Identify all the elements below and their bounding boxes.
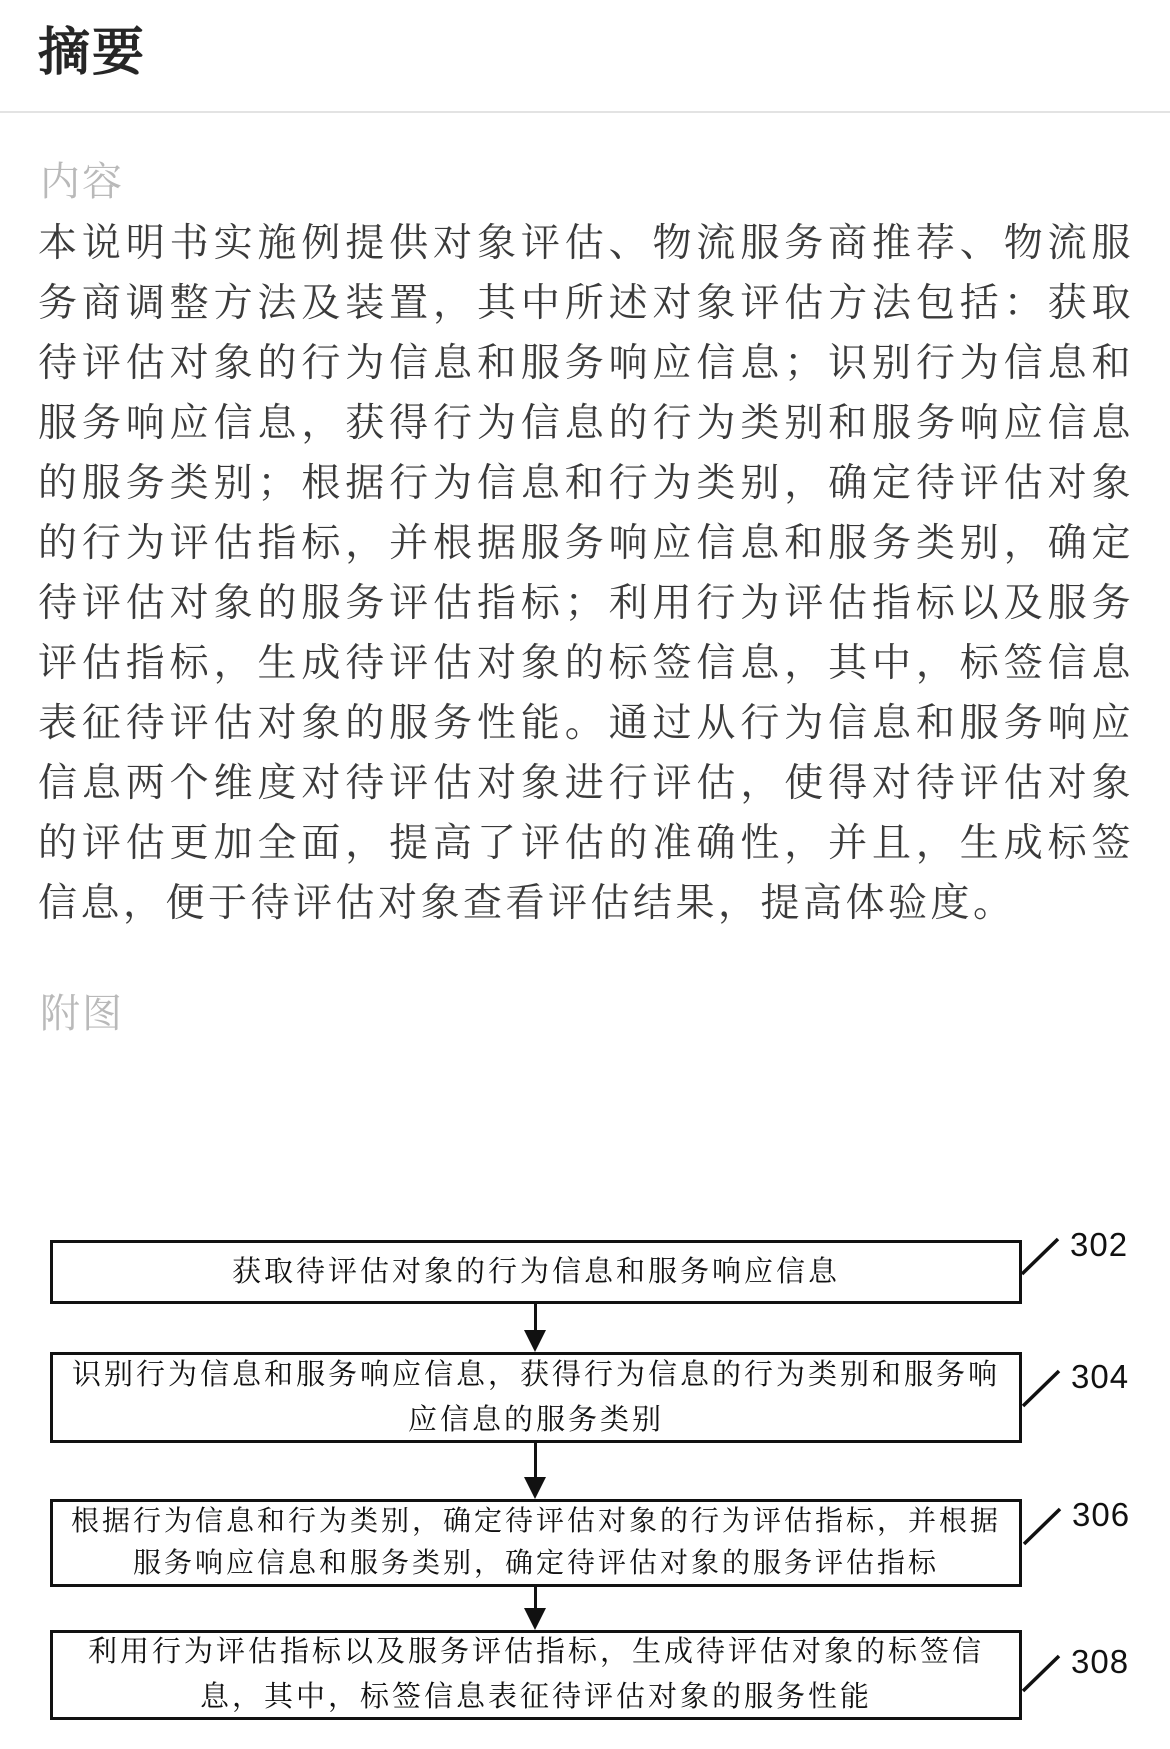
leader-line-icon <box>1020 1504 1064 1548</box>
flow-arrow-down-icon <box>524 1443 546 1499</box>
flowchart-step-4-box: 利用行为评估指标以及服务评估指标，生成待评估对象的标签信息，其中，标签信息表征待… <box>50 1630 1022 1720</box>
arrow-head <box>524 1608 546 1630</box>
step-ref-number: 302 <box>1070 1226 1128 1264</box>
content-section-label: 内容 <box>40 150 124 207</box>
step-ref-number: 308 <box>1071 1643 1129 1681</box>
abstract-paragraph: 本说明书实施例提供对象评估、物流服务商推荐、物流服务商调整方法及装置，其中所述对… <box>38 214 1134 934</box>
arrow-head <box>524 1477 546 1499</box>
leader-line-icon <box>1019 1366 1063 1410</box>
patent-abstract-page: 摘要 内容 本说明书实施例提供对象评估、物流服务商推荐、物流服务商调整方法及装置… <box>0 0 1170 1749</box>
arrow-head <box>524 1330 546 1352</box>
flowchart-step-2-box: 识别行为信息和服务响应信息，获得行为信息的行为类别和服务响应信息的服务类别 <box>50 1352 1022 1443</box>
step-ref-number: 306 <box>1072 1496 1130 1534</box>
section-divider <box>0 111 1170 113</box>
flowchart-step-3-box: 根据行为信息和行为类别，确定待评估对象的行为评估指标，并根据服务响应信息和服务类… <box>50 1499 1022 1587</box>
step-ref-number: 304 <box>1071 1358 1129 1396</box>
flowchart-step-1-box: 获取待评估对象的行为信息和服务响应信息 <box>50 1240 1022 1304</box>
leader-line-icon <box>1019 1651 1063 1695</box>
figure-section-label: 附图 <box>40 982 124 1039</box>
page-title: 摘要 <box>38 10 146 85</box>
flow-arrow-down-icon <box>524 1587 546 1630</box>
arrow-stem <box>534 1587 537 1608</box>
flow-arrow-down-icon <box>524 1304 546 1352</box>
arrow-stem <box>534 1443 537 1477</box>
arrow-stem <box>534 1304 537 1330</box>
leader-line-icon <box>1018 1234 1062 1278</box>
